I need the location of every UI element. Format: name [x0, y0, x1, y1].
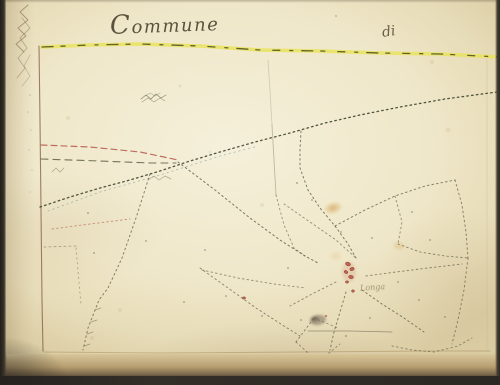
margin-speck	[28, 149, 30, 151]
left-sheet-border	[39, 46, 43, 351]
boundary-parcel-west	[202, 270, 306, 288]
parcel-number-mark	[369, 317, 371, 319]
boundary-bottom-diamond	[318, 344, 340, 362]
margin-speck	[27, 111, 29, 113]
boundary-right-lower	[452, 258, 468, 344]
boundary-spur	[395, 196, 402, 244]
foxing-speck	[335, 15, 337, 17]
main-road-dotted	[40, 92, 497, 207]
boundary-parcel-west	[200, 268, 300, 336]
boundary-vertical-lower	[276, 195, 305, 256]
boundary-village-north	[300, 131, 356, 258]
building-red	[242, 297, 245, 299]
parcel-number-mark	[371, 237, 373, 239]
foxing-speck	[446, 128, 451, 133]
parcel-number-mark	[418, 299, 420, 301]
foxing-speck	[209, 151, 212, 154]
survey-tick	[95, 308, 101, 310]
foxing-speck	[179, 85, 182, 88]
parcel-number-mark	[87, 212, 89, 214]
map-canvas	[0, 0, 500, 385]
field-script-squiggle	[52, 168, 64, 172]
parcel-number-mark	[411, 211, 413, 213]
stain-yellow	[331, 252, 341, 260]
parcel-number-mark	[345, 335, 347, 337]
boundary-cross	[284, 204, 356, 258]
parcel-number-mark	[287, 267, 289, 269]
parcel-number-mark	[300, 319, 302, 321]
boundary-left-horizontal	[44, 246, 76, 247]
cadastral-map-page: Commune di Longa	[0, 0, 500, 385]
survey-tick	[84, 344, 90, 346]
foxing-speck	[260, 203, 264, 207]
parcel-number-mark	[296, 182, 298, 184]
parcel-number-mark	[93, 252, 95, 254]
boundary-faint-vertical-upper	[268, 60, 272, 125]
survey-tick	[87, 332, 93, 334]
parcel-number-mark	[397, 281, 399, 283]
road-dark-dashed	[41, 159, 176, 163]
parcel-number-mark	[145, 240, 147, 242]
foxing-speck	[118, 308, 122, 312]
hamlet-label: Longa	[360, 282, 386, 293]
parcel-number-mark	[261, 315, 263, 317]
foxing-speck	[90, 336, 94, 340]
boundary-left-vertical	[76, 248, 81, 305]
boundary-bottom-right-curve	[392, 338, 472, 352]
building-red	[325, 315, 327, 317]
boundary-village-east	[366, 264, 462, 276]
foxing-speck	[66, 116, 70, 120]
boundary-village-south	[330, 292, 346, 350]
parcel-number-mark	[204, 249, 206, 251]
parcel-number-mark	[183, 301, 185, 303]
map-title-di: di	[381, 23, 397, 41]
corner-flourish	[16, 5, 28, 52]
parcel-number-mark	[311, 199, 313, 201]
building-red	[352, 290, 355, 293]
stain-yellow	[393, 242, 404, 251]
stream-tint	[48, 146, 258, 211]
boundary-east-horizontal	[398, 244, 468, 258]
parcel-number-mark	[429, 239, 431, 241]
boundary-faint-vertical	[272, 125, 276, 195]
boundary-village-southeast	[362, 290, 424, 332]
bottom-margin-line	[44, 351, 490, 353]
boundary-left-diagonal	[83, 174, 150, 350]
boundary-red-dotted-left	[52, 219, 130, 229]
boundary-right-upper	[455, 180, 468, 258]
border-line-yellow	[42, 44, 500, 57]
map-title-commune: Commune	[110, 7, 220, 41]
survey-tick	[91, 320, 97, 322]
path-bottom-solid	[308, 331, 392, 332]
margin-speck	[31, 169, 33, 171]
road-red-dashed	[41, 145, 178, 160]
building-red	[345, 281, 348, 283]
foxing-speck	[430, 60, 434, 64]
parcel-number-mark	[225, 295, 227, 297]
boundary-village-southwest	[290, 282, 336, 306]
boundary-northeast	[335, 180, 455, 226]
field-script-squiggle	[148, 176, 171, 180]
margin-speck	[29, 191, 31, 193]
parcel-number-mark	[340, 231, 342, 233]
pond-scribble	[142, 98, 165, 102]
parcel-number-mark	[444, 316, 446, 318]
margin-speck	[29, 94, 31, 96]
margin-speck	[30, 129, 32, 131]
